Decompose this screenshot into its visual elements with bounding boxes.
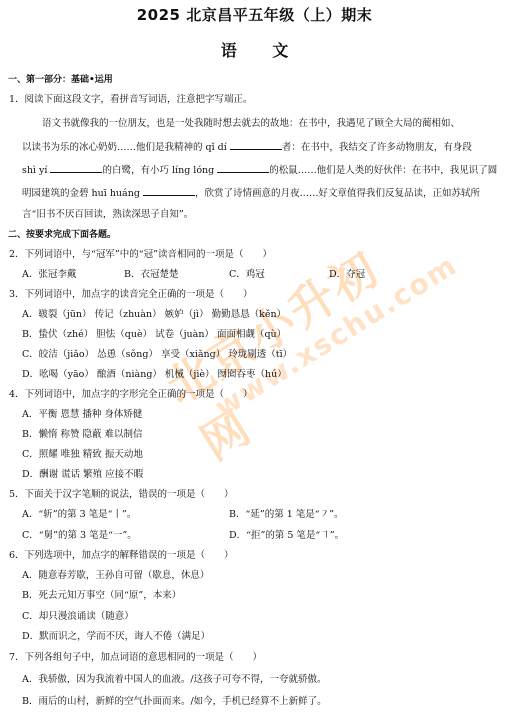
q1-line4-part1: 明园建筑的金碧 huī huáng bbox=[22, 188, 143, 199]
q3-option-b[interactable]: B．蛰伏（zhé） 胆怯（què） 试卷（juàn） 面面相觑（qù） bbox=[22, 328, 286, 342]
q7-option-b[interactable]: B．雨后的山村，新鲜的空气扑面而来。/如今，手机已经算不上新鲜了。 bbox=[22, 695, 327, 709]
section-heading-part1: 一、第一部分：基础•运用 bbox=[8, 73, 113, 87]
q3-option-d[interactable]: D．吆喝（yāo） 酿酒（niàng） 机械（jiè） 囫囵吞枣（hú） bbox=[22, 368, 287, 382]
q6-option-c[interactable]: C．却只漫浪诵读（随意） bbox=[22, 610, 134, 624]
q6-option-a[interactable]: A．随意春芳歇，王孙自可留（歇息，休息） bbox=[22, 569, 209, 583]
answer-blank-qidi[interactable] bbox=[230, 140, 282, 150]
q3-option-c[interactable]: C．皎洁（jiǎo） 怂恿（sǒng） 享受（xiǎng） 玲珑剔透（tī） bbox=[22, 348, 292, 362]
q1-line3-part2: 的白鹭，有小巧 líng lóng bbox=[102, 165, 217, 176]
answer-blank-huihuang[interactable] bbox=[143, 186, 195, 196]
question-3-stem: 3．下列词语中，加点字的读音完全正确的一项是（ ） bbox=[9, 288, 253, 302]
q1-passage-line-5: 言“旧书不厌百回读，熟读深思子自知”。 bbox=[22, 208, 193, 222]
q2-option-b[interactable]: B．衣冠楚楚 bbox=[124, 268, 178, 282]
q5-option-c[interactable]: C．“舅”的第 3 笔是“一”。 bbox=[22, 529, 137, 543]
q4-option-a[interactable]: A．平衡 恩慧 播种 身体矫健 bbox=[22, 408, 142, 422]
q1-passage-line-2: 以读书为乐的冰心奶奶……他们是我精神的 qǐ dí 者：在书中，我结交了许多动物… bbox=[22, 140, 472, 155]
q1-line3-part1: shì yí bbox=[22, 165, 50, 176]
q4-option-b[interactable]: B．懒惰 称赞 隐蔽 难以制信 bbox=[22, 428, 143, 442]
q3-option-a[interactable]: A．皲裂（jūn） 传记（zhuàn） 嫉妒（jì） 勤勤恳恳（kěn） bbox=[22, 308, 286, 322]
q2-option-a[interactable]: A．张冠李戴 bbox=[22, 268, 76, 282]
question-6-stem: 6．下列选项中，加点字的解释错误的一项是（ ） bbox=[9, 549, 234, 563]
answer-blank-linglong[interactable] bbox=[217, 163, 269, 173]
q4-option-c[interactable]: C．照耀 唯独 精致 振天动地 bbox=[22, 448, 143, 462]
q6-option-d[interactable]: D．默而识之，学而不厌，诲人不倦（满足） bbox=[22, 630, 210, 644]
q1-passage-line-4: 明园建筑的金碧 huī huáng ，欣赏了诗情画意的月夜……好文章值得我们反复… bbox=[22, 186, 480, 201]
q1-line3-part3: 的松鼠……他们是人类的好伙伴：在书中，我见识了圆 bbox=[269, 165, 497, 176]
question-4-stem: 4．下列词语中，加点字的字形完全正确的一项是（ ） bbox=[9, 388, 253, 402]
answer-blank-shiyi[interactable] bbox=[50, 163, 102, 173]
q5-option-b[interactable]: B．“延”的第 1 笔是“㇇”。 bbox=[229, 508, 344, 522]
exam-title: 2025 北京昌平五年级（上）期末 bbox=[0, 4, 509, 25]
question-5-stem: 5．下面关于汉字笔顺的说法，错误的一项是（ ） bbox=[9, 488, 234, 502]
q6-option-b[interactable]: B．死去元知万事空（同“原”，本来） bbox=[22, 589, 181, 603]
q2-option-d[interactable]: D．夺冠 bbox=[329, 268, 365, 282]
q1-line4-part2: ，欣赏了诗情画意的月夜……好文章值得我们反复品读，正如苏轼所 bbox=[195, 188, 480, 199]
q1-line2-part1: 以读书为乐的冰心奶奶……他们是我精神的 qǐ dí bbox=[22, 142, 230, 153]
q2-option-c[interactable]: C．鸡冠 bbox=[229, 268, 265, 282]
q5-option-d[interactable]: D．“拒”的第 5 笔是“㇕”。 bbox=[229, 529, 344, 543]
subject-title: 语 文 bbox=[0, 38, 509, 61]
question-2-stem: 2．下列词语中，与“冠军”中的“冠”读音相同的一项是（ ） bbox=[9, 248, 272, 262]
q7-option-a[interactable]: A．我骄傲，因为我流着中国人的血液。/这孩子可夸不得，一夸就骄傲。 bbox=[22, 673, 327, 687]
q4-option-d[interactable]: D．酬谢 谎话 繁殖 应接不暇 bbox=[22, 468, 143, 482]
exam-page: 2025 北京昌平五年级（上）期末 语 文 北京小升初网 www.xschu.c… bbox=[0, 0, 509, 717]
section-heading-part2: 二、按要求完成下面各题。 bbox=[8, 228, 116, 242]
q5-option-a[interactable]: A．“斩”的第 3 笔是“丨”。 bbox=[22, 508, 136, 522]
question-7-stem: 7．下列各组句子中，加点词语的意思相同的一项是（ ） bbox=[9, 651, 262, 665]
question-1-stem: 1．阅读下面这段文字，看拼音写词语，注意把字写端正。 bbox=[9, 93, 253, 107]
q1-line2-part2: 者：在书中，我结交了许多动物朋友，有身段 bbox=[282, 142, 472, 153]
q1-passage-line-1: 语文书就像我的一位朋友，也是一处我随时想去就去的故地：在书中，我遇见了顾全大局的… bbox=[42, 117, 460, 131]
q1-passage-line-3: shì yí 的白鹭，有小巧 líng lóng 的松鼠……他们是人类的好伙伴：… bbox=[22, 163, 497, 178]
